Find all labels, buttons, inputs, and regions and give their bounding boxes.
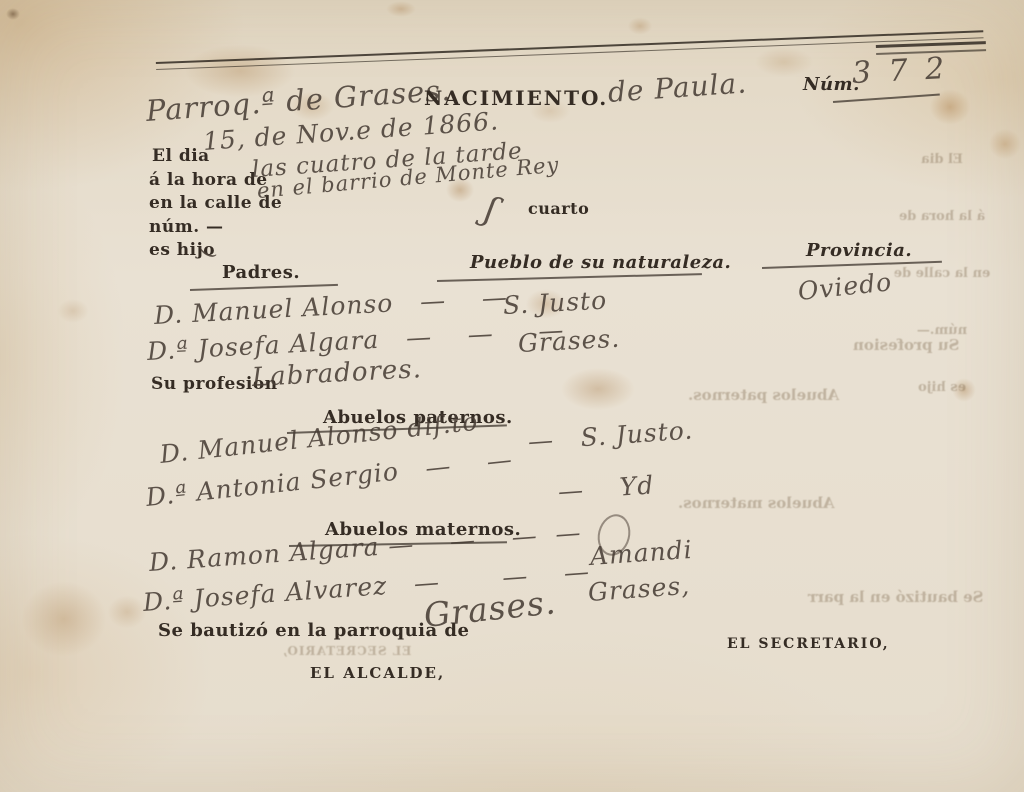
paternal-grandfather-pueblo-handwritten: — S. Justo. — [527, 415, 694, 455]
bleedthrough-line: El dia — [872, 150, 1012, 169]
bleedthrough-line: á la hora de — [872, 207, 1012, 226]
stain — [56, 298, 90, 324]
padres-header: Padres. — [222, 262, 300, 283]
provincia-header: Provincia. — [806, 240, 912, 261]
stain — [626, 16, 654, 36]
stain — [18, 578, 110, 660]
pueblo-underline — [437, 273, 702, 282]
mother-pueblo-handwritten: Grases. — [517, 324, 621, 358]
bleedthrough-abuelos-maternos: Abuelos maternos. — [678, 494, 835, 512]
bleedthrough-line: es hijo — [872, 378, 1012, 397]
hour-label: á la hora de — [149, 170, 268, 190]
day-label: El dia — [152, 146, 210, 166]
num-value-handwritten: 3 7 2 — [851, 51, 949, 91]
numero-label: núm. — — [149, 217, 224, 237]
cuarto-label: cuarto — [528, 199, 589, 218]
birth-record-page: El dia á la hora de en la calle de núm.—… — [0, 0, 1024, 792]
bleedthrough-intro-block: El dia á la hora de en la calle de núm.—… — [872, 112, 1012, 435]
profesion-value-handwritten: Labradores. — [251, 354, 422, 393]
bleedthrough-line: en la calle de — [872, 264, 1012, 283]
bleedthrough-bautizo: Se bautizó en la parr — [808, 588, 983, 606]
bautizo-label: Se bautizó en la parroquia de — [158, 620, 469, 641]
stain — [106, 594, 148, 630]
bleedthrough-secretario: EL SECRETARIO, — [282, 644, 411, 658]
stain — [558, 366, 638, 412]
paternal-grandmother-pueblo-handwritten: — Yd — [557, 470, 655, 506]
stain — [384, 0, 418, 18]
alcalde-signature-label: EL ALCALDE, — [310, 664, 445, 682]
bleedthrough-abuelos-paternos: Abuelos paternos. — [688, 386, 839, 404]
maternal-grandfather-pueblo-handwritten: Amandi — [589, 535, 694, 571]
secretario-signature-label: EL SECRETARIO, — [727, 636, 890, 652]
form-title: NACIMIENTO. — [424, 86, 608, 110]
child-name-handwritten: de Paula. — [607, 66, 748, 109]
pen-flourish-street: ʃ — [480, 189, 502, 230]
maternal-grandmother-pueblo-handwritten: Grases, — [587, 571, 691, 607]
stain — [6, 8, 20, 20]
bleedthrough-su-profesion: Su profesion — [853, 336, 959, 354]
padres-underline — [190, 284, 338, 291]
pueblo-header: Pueblo de su naturaleza. — [470, 252, 731, 273]
